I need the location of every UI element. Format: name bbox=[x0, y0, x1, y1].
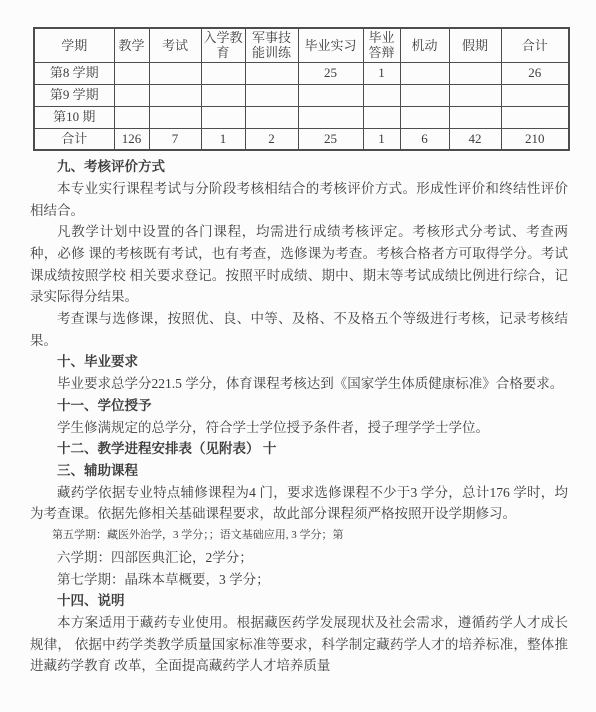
table-cell bbox=[114, 62, 149, 84]
section-heading-assessment: 九、考核评价方式 bbox=[30, 156, 568, 178]
table-cell bbox=[400, 62, 449, 84]
table-cell bbox=[363, 106, 400, 128]
table-cell bbox=[201, 84, 245, 106]
document-body: 九、考核评价方式 本专业实行课程考试与分阶段考核相结合的考核评价方式。形成性评价… bbox=[30, 156, 568, 677]
row-label: 第10 期 bbox=[34, 106, 114, 128]
table-cell bbox=[363, 84, 400, 106]
table-cell bbox=[149, 106, 201, 128]
paragraph: 凡教学计划中设置的各门课程，均需进行成绩考核评定。考核形式分考试、考查两种，必修… bbox=[30, 221, 568, 308]
paragraph: 考查课与选修课，按照优、良、中等、及格、不及格五个等级进行考核，记录考核结果。 bbox=[30, 308, 568, 351]
section-heading-teaching-schedule: 十二、教学进程安排表（见附表） 十 bbox=[30, 438, 568, 460]
col-header-flexible: 机动 bbox=[400, 28, 449, 62]
row-label: 第9 学期 bbox=[34, 84, 114, 106]
table-cell bbox=[245, 84, 298, 106]
table-row-total: 合计 126 7 1 2 25 1 6 42 210 bbox=[34, 128, 569, 150]
table-cell bbox=[400, 84, 449, 106]
table-cell bbox=[501, 84, 569, 106]
table-row-semester-8: 第8 学期 25 1 26 bbox=[34, 62, 569, 84]
col-header-thesis-defense: 毕业答辩 bbox=[363, 28, 400, 62]
col-header-vacation: 假期 bbox=[449, 28, 501, 62]
paragraph: 本专业实行课程考试与分阶段考核相结合的考核评价方式。形成性评价和终结性评价相结合… bbox=[30, 178, 568, 221]
table-cell: 25 bbox=[298, 128, 363, 150]
table-cell bbox=[114, 84, 149, 106]
section-heading-auxiliary-courses: 三、辅助课程 bbox=[30, 460, 568, 482]
paragraph: 藏药学依据专业特点辅修课程为4 门，要求选修课程不少于3 学分，总计176 学时… bbox=[30, 482, 568, 525]
table-header-row: 学期 教学 考试 入学教育 军事技能训练 毕业实习 毕业答辩 机动 假期 合计 bbox=[34, 28, 569, 62]
paragraph-semester-5-courses: 第五学期：藏医外治学，3 学分；；语文基础应用, 3 学分；第 bbox=[30, 525, 568, 547]
col-header-admission-education: 入学教育 bbox=[201, 28, 245, 62]
table-cell bbox=[114, 106, 149, 128]
table-cell bbox=[449, 62, 501, 84]
table-row-semester-9: 第9 学期 bbox=[34, 84, 569, 106]
col-header-exam: 考试 bbox=[149, 28, 201, 62]
row-label: 合计 bbox=[34, 128, 114, 150]
table-cell: 126 bbox=[114, 128, 149, 150]
table-cell: 1 bbox=[363, 62, 400, 84]
table-row-semester-10: 第10 期 bbox=[34, 106, 569, 128]
table-cell bbox=[201, 106, 245, 128]
table-cell bbox=[449, 84, 501, 106]
paragraph-semester-7-courses: 第七学期：晶珠本草概要，3 学分； bbox=[30, 569, 568, 591]
table-cell: 1 bbox=[201, 128, 245, 150]
section-heading-degree-conferral: 十一、学位授予 bbox=[30, 395, 568, 417]
table-cell bbox=[201, 62, 245, 84]
col-header-teaching: 教学 bbox=[114, 28, 149, 62]
paragraph: 学生修满规定的总学分，符合学士学位授予条件者，授子理学学士学位。 bbox=[30, 417, 568, 439]
col-header-graduation-internship: 毕业实习 bbox=[298, 28, 363, 62]
table-cell: 25 bbox=[298, 62, 363, 84]
table-cell: 42 bbox=[449, 128, 501, 150]
table-cell bbox=[245, 106, 298, 128]
table-cell bbox=[501, 106, 569, 128]
col-header-military-training: 军事技能训练 bbox=[245, 28, 298, 62]
table-cell bbox=[400, 106, 449, 128]
col-header-semester: 学期 bbox=[34, 28, 114, 62]
table-cell bbox=[149, 84, 201, 106]
table-cell: 7 bbox=[149, 128, 201, 150]
table-cell: 2 bbox=[245, 128, 298, 150]
table-cell bbox=[245, 62, 298, 84]
col-header-total: 合计 bbox=[501, 28, 569, 62]
table-cell: 210 bbox=[501, 128, 569, 150]
table-cell bbox=[298, 84, 363, 106]
table-cell: 6 bbox=[400, 128, 449, 150]
table-cell bbox=[298, 106, 363, 128]
semester-schedule-table: 学期 教学 考试 入学教育 军事技能训练 毕业实习 毕业答辩 机动 假期 合计 … bbox=[33, 27, 570, 151]
table-cell bbox=[149, 62, 201, 84]
table-cell: 1 bbox=[363, 128, 400, 150]
table-cell bbox=[449, 106, 501, 128]
section-heading-notes: 十四、说明 bbox=[30, 590, 568, 612]
paragraph: 本方案适用于藏药专业使用。根据藏医药学发展现状及社会需求，遵循药学人才成长规律，… bbox=[30, 612, 568, 677]
section-heading-graduation-requirements: 十、毕业要求 bbox=[30, 351, 568, 373]
table-cell: 26 bbox=[501, 62, 569, 84]
row-label: 第8 学期 bbox=[34, 62, 114, 84]
paragraph: 毕业要求总学分221.5 学分，体育课程考核达到《国家学生体质健康标准》合格要求… bbox=[30, 373, 568, 395]
schedule-table-section: 学期 教学 考试 入学教育 军事技能训练 毕业实习 毕业答辩 机动 假期 合计 … bbox=[0, 0, 596, 151]
paragraph-semester-6-courses: 六学期：四部医典汇论，2学分； bbox=[30, 547, 568, 569]
document-page: 学期 教学 考试 入学教育 军事技能训练 毕业实习 毕业答辩 机动 假期 合计 … bbox=[0, 0, 596, 712]
